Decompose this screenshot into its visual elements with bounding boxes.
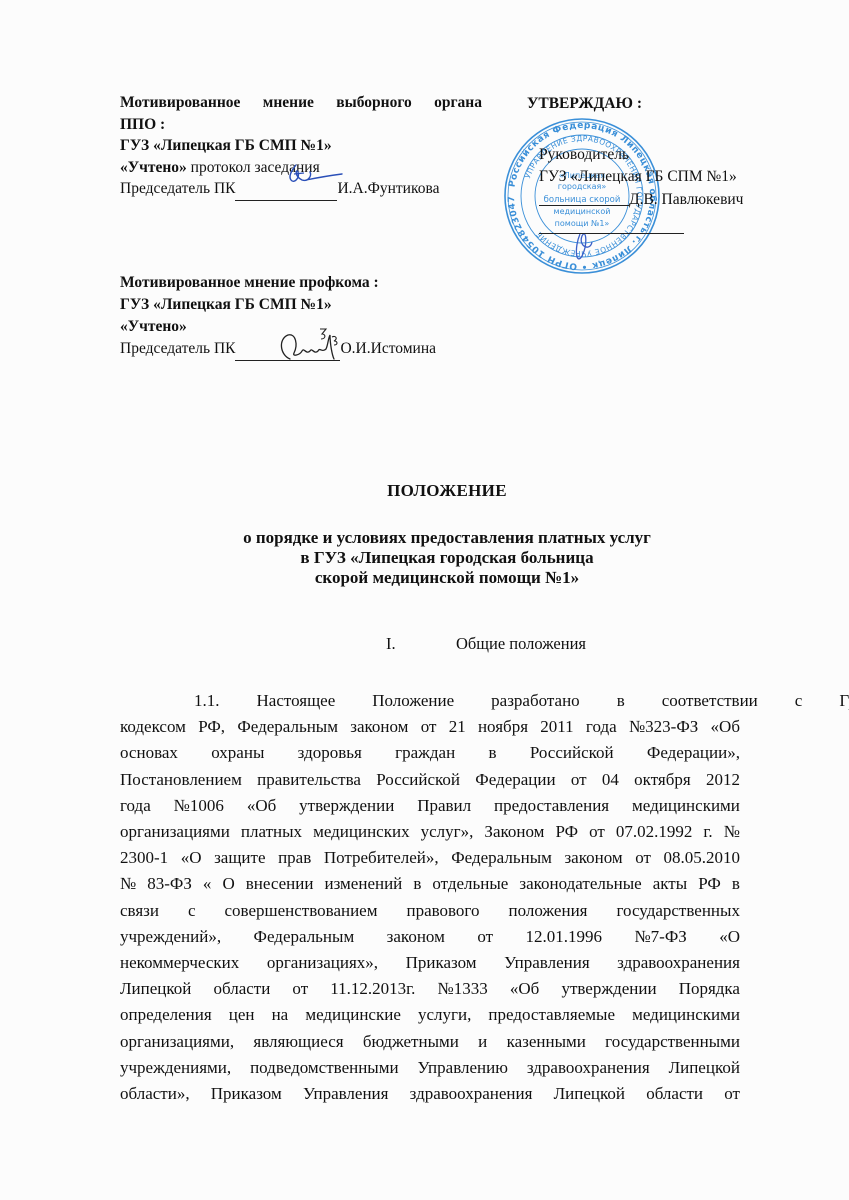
section-number: I. [386,634,396,654]
header-left-approval-profcom: Мотивированное мнение профкома : ГУЗ «Ли… [120,272,490,361]
signature-line [539,221,684,234]
paragraph-line: связиссовершенствованиемправовогоположен… [120,898,740,924]
header-left-line1: Мотивированное мнение выборного органа [120,92,482,114]
paragraph-line: организациями,являющиесябюджетнымииказен… [120,1029,740,1055]
section-title: Общие положения [456,634,586,653]
paragraph-line: ПостановлениемправительстваРоссийскойФед… [120,767,740,793]
approved-title: УТВЕРЖДАЮ : [527,93,642,115]
paragraph-line: 1.1.НастоящееПоложениеразработановсоотве… [120,688,740,714]
signature-line [235,178,337,201]
document-page: Мотивированное мнение выборного органа П… [0,0,849,1200]
header-left-noted: «Учтено» протокол заседания [120,157,490,179]
profcom-chairman: Председатель ПК О.И.Истомина [120,338,490,361]
document-subtitle: о порядке и условиях предоставления плат… [0,528,849,588]
chairman-name: И.А.Фунтикова [337,180,439,197]
signature-line [539,193,629,206]
paragraph-line: учреждениями,подведомственнымиУправлению… [120,1055,740,1081]
paragraph-line: кодексомРФ,Федеральнымзакономот21ноября2… [120,714,740,740]
section-heading: I. Общие положения [456,634,586,654]
header-left-chairman: Председатель ПК И.А.Фунтикова [120,178,490,201]
signature-line [235,338,340,361]
subtitle-line: скорой медицинской помощи №1» [45,568,849,588]
chairman-name: О.И.Истомина [340,340,436,357]
paragraph-line: №83-ФЗ«Овнесенииизмененийвотдельныезакон… [120,871,740,897]
paragraph-line: определенияценнамедицинскиеуслуги,предос… [120,1002,740,1028]
profcom-title: Мотивированное мнение профкома : [120,272,490,294]
paragraph-line: 2300-1«ОзащитеправПотребителей»,Федераль… [120,845,740,871]
subtitle-line: о порядке и условиях предоставления плат… [45,528,849,548]
header-left-approval-ppo: Мотивированное мнение выборного органа П… [120,92,490,201]
document-title: ПОЛОЖЕНИЕ [0,481,849,501]
director-name: Д.В. Павлюкевич [629,189,743,211]
profcom-org: ГУЗ «Липецкая ГБ СМП №1» [120,294,490,316]
paragraph-line: некоммерческихорганизациях»,ПриказомУпра… [120,950,740,976]
director-org: ГУЗ «Липецкая ГБ СПМ №1» [539,166,737,188]
header-left-org: ГУЗ «Липецкая ГБ СМП №1» [120,135,490,157]
paragraph-line: организациямиплатныхмедицинскихуслуг»,За… [120,819,740,845]
paragraph-line: года№1006«ОбутвержденииПравилпредоставле… [120,793,740,819]
header-left-line2: ППО : [120,114,490,136]
svg-text:медицинской: медицинской [554,207,611,216]
subtitle-line: в ГУЗ «Липецкая городская больница [45,548,849,568]
paragraph-line: области»,ПриказомУправленияздравоохранен… [120,1081,740,1107]
paragraph-1-1: 1.1.НастоящееПоложениеразработановсоотве… [120,688,740,1107]
profcom-noted: «Учтено» [120,316,490,338]
paragraph-line: Липецкойобластиот11.12.2013г.№1333«Обутв… [120,976,740,1002]
paragraph-line: учреждений»,Федеральнымзакономот12.01.19… [120,924,740,950]
paragraph-line: основахохраныздоровьягражданвРоссийскойФ… [120,740,740,766]
director-role: Руководитель [539,144,629,166]
